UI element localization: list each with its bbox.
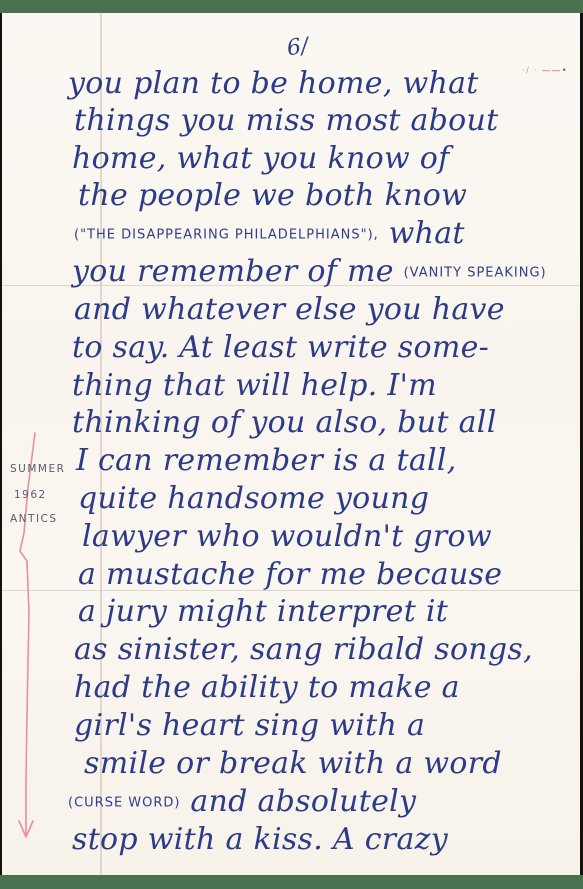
corner-mark: ·/ · ——• (522, 66, 568, 76)
letter-line: you plan to be home, what (68, 69, 479, 99)
caps-parenthetical: (VANITY SPEAKING) (404, 266, 547, 281)
letter-line: thing that will help. I'm (72, 371, 437, 401)
letter-line: quite handsome young (78, 484, 429, 514)
caps-parenthetical: ("THE DISAPPEARING PHILADELPHIANS"), (74, 228, 379, 243)
caps-parenthetical: (CURSE WORD) (68, 796, 181, 811)
margin-note-line: 1962 (14, 489, 47, 501)
margin-note-line: ANTICS (10, 513, 58, 525)
letter-line: girl's heart sing with a (74, 711, 425, 741)
letter-line: a mustache for me because (78, 560, 502, 590)
letter-line: lawyer who wouldn't grow (82, 522, 492, 552)
letter-line: things you miss most about (74, 106, 499, 136)
letter-line: (CURSE WORD) and absolutely (68, 787, 416, 817)
letter-line: and whatever else you have (74, 295, 505, 325)
letter-line: the people we both know (78, 181, 467, 211)
letter-line: I can remember is a tall, (76, 446, 457, 476)
letter-line: ("THE DISAPPEARING PHILADELPHIANS"), wha… (74, 219, 465, 249)
letter-page: 6/ ·/ · ——• you plan to be home, what th… (2, 13, 580, 875)
corner-mark-left: ·/ · (522, 66, 538, 76)
letter-line: stop with a kiss. A crazy (72, 825, 448, 855)
letter-line: as sinister, sang ribald songs, (74, 635, 533, 665)
page-number: 6/ (285, 34, 310, 62)
bottom-frame-band (0, 875, 583, 889)
letter-line: you remember of me (VANITY SPEAKING) (72, 257, 547, 287)
letter-line: had the ability to make a (74, 673, 460, 703)
letter-line: thinking of you also, but all (72, 408, 497, 438)
letter-line: a jury might interpret it (78, 597, 448, 627)
scan-frame: 6/ ·/ · ——• you plan to be home, what th… (0, 0, 583, 889)
letter-line: home, what you know of (72, 144, 450, 174)
letter-line: smile or break with a word (84, 749, 502, 779)
margin-note-line: SUMMER (10, 463, 65, 475)
letter-line: to say. At least write some- (72, 333, 489, 363)
top-frame-band (0, 0, 583, 13)
corner-mark-right: ——• (542, 66, 568, 76)
